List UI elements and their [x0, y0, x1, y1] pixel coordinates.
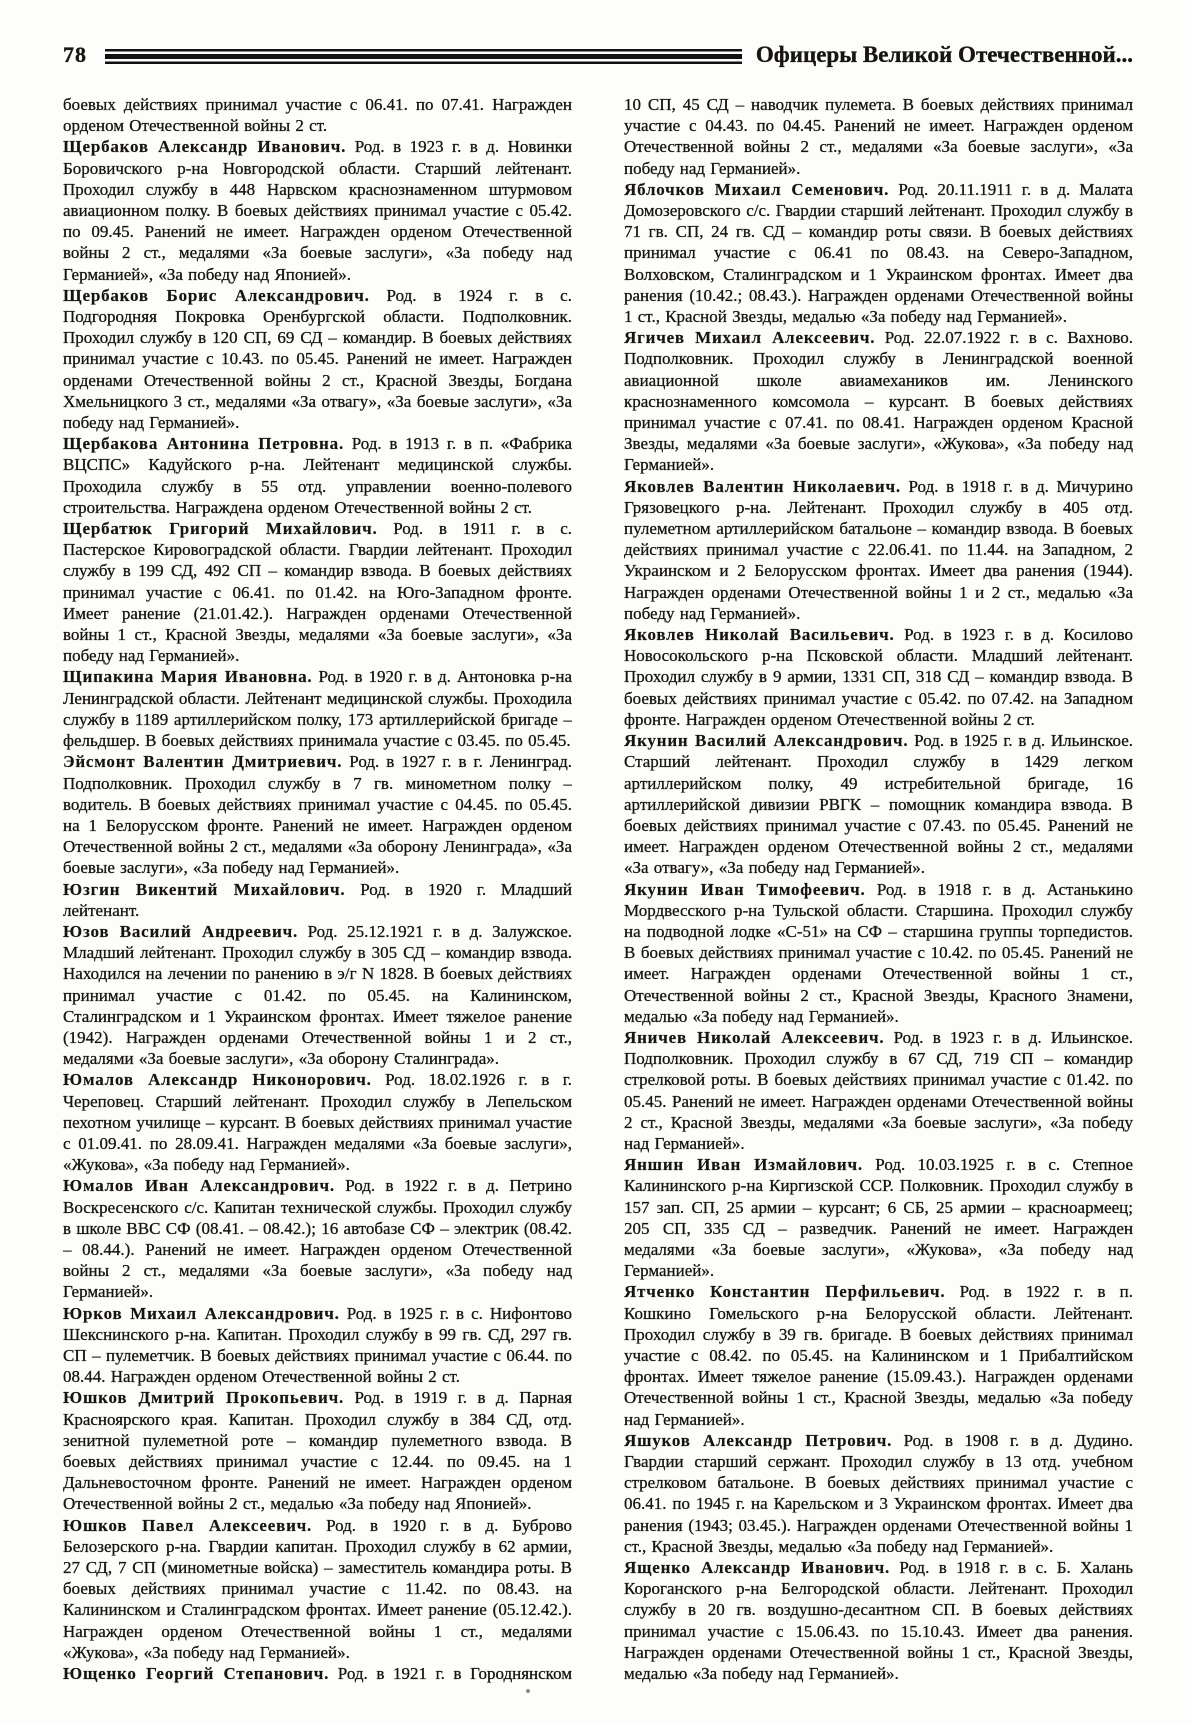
left-column: боевых действиях принимал участие с 06.4… [63, 94, 572, 1687]
entry-paragraph: Яблочков Михаил Семенович. Род. 20.11.19… [624, 179, 1133, 327]
officer-name: Юзов Василий Андреевич. [63, 922, 298, 941]
entry-paragraph: Юмалов Александр Никонорович. Род. 18.02… [63, 1069, 572, 1175]
entry-paragraph: Юрков Михаил Александрович. Род. в 1925 … [63, 1303, 572, 1388]
right-column: 10 СП, 45 СД – наводчик пулемета. В боев… [624, 94, 1133, 1687]
entry-paragraph: Щербакова Антонина Петровна. Род. в 1913… [63, 433, 572, 518]
header-rule [105, 49, 742, 64]
entry-paragraph: Ягичев Михаил Алексеевич. Род. 22.07.192… [624, 327, 1133, 475]
officer-name: Юзгин Викентий Михайлович. [63, 880, 345, 899]
officer-name: Юшков Павел Алексеевич. [63, 1516, 312, 1535]
running-title: Офицеры Великой Отечественной... [756, 42, 1133, 68]
entry-paragraph: Ятченко Константин Перфильевич. Род. в 1… [624, 1281, 1133, 1429]
entry-paragraph: Яничев Николай Алексеевич. Род. в 1923 г… [624, 1027, 1133, 1154]
officer-name: Щербаков Борис Александрович. [63, 286, 370, 305]
entry-paragraph: Щипакина Мария Ивановна. Род. в 1920 г. … [63, 666, 572, 751]
two-column-text: боевых действиях принимал участие с 06.4… [63, 94, 1133, 1687]
officer-name: Яковлев Николай Васильевич. [624, 625, 895, 644]
officer-name: Яничев Николай Алексеевич. [624, 1028, 884, 1047]
officer-name: Ятченко Константин Перфильевич. [624, 1282, 946, 1301]
entry-paragraph: Щербаков Борис Александрович. Род. в 192… [63, 285, 572, 433]
officer-name: Якунин Василий Александрович. [624, 731, 908, 750]
officer-name: Юрков Михаил Александрович. [63, 1304, 340, 1323]
entry-paragraph: Эйсмонт Валентин Дмитриевич. Род. в 1927… [63, 751, 572, 878]
entry-paragraph: Юшков Павел Алексеевич. Род. в 1920 г. в… [63, 1515, 572, 1663]
entry-paragraph: Ющенко Георгий Степанович. Род. в 1921 г… [63, 1663, 572, 1687]
officer-name: Ющенко Георгий Степанович. [63, 1664, 329, 1683]
book-page: 78 Офицеры Великой Отечественной... боев… [0, 0, 1191, 1723]
officer-name: Яншин Иван Измайлович. [624, 1155, 863, 1174]
entry-paragraph: Ященко Александр Иванович. Род. в 1918 г… [624, 1557, 1133, 1684]
entry-paragraph: Яковлев Валентин Николаевич. Род. в 1918… [624, 476, 1133, 624]
officer-name: Яшуков Александр Петрович. [624, 1431, 892, 1450]
scan-artifact-dot [526, 1689, 530, 1693]
entry-paragraph: Яшуков Александр Петрович. Род. в 1908 г… [624, 1430, 1133, 1557]
officer-name: Яблочков Михаил Семенович. [624, 180, 889, 199]
entry-paragraph: Щербаков Александр Иванович. Род. в 1923… [63, 136, 572, 284]
officer-name: Якунин Иван Тимофеевич. [624, 880, 866, 899]
entry-paragraph: Якунин Василий Александрович. Род. в 192… [624, 730, 1133, 878]
continuation-paragraph: 10 СП, 45 СД – наводчик пулемета. В боев… [624, 94, 1133, 179]
entry-paragraph: Юшков Дмитрий Прокопьевич. Род. в 1919 г… [63, 1387, 572, 1514]
officer-name: Яковлев Валентин Николаевич. [624, 477, 901, 496]
entry-paragraph: Щербатюк Григорий Михайлович. Род. в 191… [63, 518, 572, 666]
officer-name: Ященко Александр Иванович. [624, 1558, 890, 1577]
officer-name: Щипакина Мария Ивановна. [63, 667, 312, 686]
officer-name: Юмалов Александр Никонорович. [63, 1070, 372, 1089]
officer-name: Щербакова Антонина Петровна. [63, 434, 344, 453]
entry-paragraph: Юзов Василий Андреевич. Род. 25.12.1921 … [63, 921, 572, 1069]
entry-paragraph: Юмалов Иван Александрович. Род. в 1922 г… [63, 1175, 572, 1302]
officer-name: Щербаков Александр Иванович. [63, 137, 346, 156]
continuation-paragraph: боевых действиях принимал участие с 06.4… [63, 94, 572, 136]
officer-name: Юмалов Иван Александрович. [63, 1176, 335, 1195]
officer-name: Эйсмонт Валентин Дмитриевич. [63, 752, 342, 771]
page-header: 78 Офицеры Великой Отечественной... [63, 42, 1133, 68]
officer-name: Юшков Дмитрий Прокопьевич. [63, 1388, 344, 1407]
officer-name: Ягичев Михаил Алексеевич. [624, 328, 875, 347]
entry-paragraph: Яншин Иван Измайлович. Род. 10.03.1925 г… [624, 1154, 1133, 1281]
entry-paragraph: Яковлев Николай Васильевич. Род. в 1923 … [624, 624, 1133, 730]
entry-paragraph: Якунин Иван Тимофеевич. Род. в 1918 г. в… [624, 879, 1133, 1027]
page-number: 78 [63, 42, 87, 68]
officer-name: Щербатюк Григорий Михайлович. [63, 519, 378, 538]
entry-paragraph: Юзгин Викентий Михайлович. Род. в 1920 г… [63, 879, 572, 921]
